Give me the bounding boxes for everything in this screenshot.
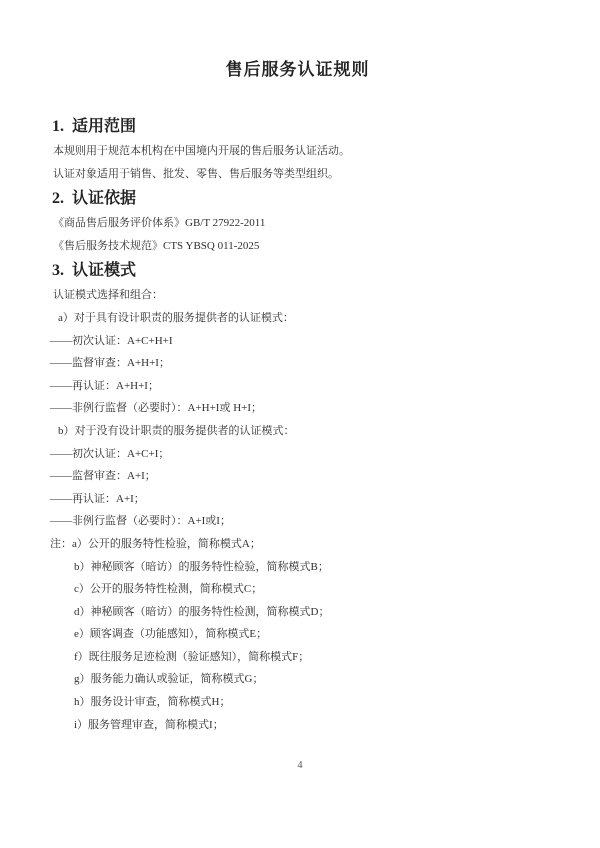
document-line: ——再认证：A+I； bbox=[50, 488, 545, 511]
document-line: c）公开的服务特性检测，简称模式C； bbox=[50, 578, 545, 601]
document-line: 1. 适用范围 bbox=[50, 114, 545, 140]
document-line: ——再认证：A+H+I； bbox=[50, 375, 545, 398]
document-line: e）顾客调查（功能感知），简称模式E； bbox=[50, 623, 545, 646]
document-line: ——监督审查：A+I； bbox=[50, 465, 545, 488]
document-title: 售后服务认证规则 bbox=[50, 58, 545, 82]
document-line: i）服务管理审查，简称模式I； bbox=[50, 714, 545, 737]
document-line: d）神秘顾客（暗访）的服务特性检测，简称模式D； bbox=[50, 601, 545, 624]
page-number: 4 bbox=[0, 760, 600, 771]
document-line: 认证对象适用于销售、批发、零售、售后服务等类型组织。 bbox=[50, 163, 545, 186]
document-line: b）对于没有设计职责的服务提供者的认证模式： bbox=[50, 420, 545, 443]
document-line: h）服务设计审查，简称模式H； bbox=[50, 691, 545, 714]
document-line: 注：a）公开的服务特性检验，简称模式A； bbox=[50, 533, 545, 556]
document-line: 《售后服务技术规范》CTS YBSQ 011-2025 bbox=[50, 235, 545, 258]
document-line: b）神秘顾客（暗访）的服务特性检验，简称模式B； bbox=[50, 556, 545, 579]
document-line: 本规则用于规范本机构在中国境内开展的售后服务认证活动。 bbox=[50, 140, 545, 163]
document-line: a）对于具有设计职责的服务提供者的认证模式： bbox=[50, 307, 545, 330]
document-line: 认证模式选择和组合： bbox=[50, 284, 545, 307]
document-page: 售后服务认证规则 1. 适用范围本规则用于规范本机构在中国境内开展的售后服务认证… bbox=[0, 0, 600, 848]
document-line: 3. 认证模式 bbox=[50, 258, 545, 284]
document-line: ——初次认证：A+C+H+I bbox=[50, 330, 545, 353]
document-line: 《商品售后服务评价体系》GB/T 27922-2011 bbox=[50, 212, 545, 235]
document-line: ——监督审查：A+H+I； bbox=[50, 352, 545, 375]
document-body: 1. 适用范围本规则用于规范本机构在中国境内开展的售后服务认证活动。认证对象适用… bbox=[50, 114, 545, 736]
document-line: ——非例行监督（必要时）：A+I或I； bbox=[50, 510, 545, 533]
document-line: g）服务能力确认或验证，简称模式G； bbox=[50, 668, 545, 691]
document-line: 2. 认证依据 bbox=[50, 186, 545, 212]
document-line: ——初次认证：A+C+I； bbox=[50, 443, 545, 466]
document-content: 售后服务认证规则 1. 适用范围本规则用于规范本机构在中国境内开展的售后服务认证… bbox=[0, 0, 600, 736]
document-line: f）既往服务足迹检测（验证感知），简称模式F； bbox=[50, 646, 545, 669]
document-line: ——非例行监督（必要时）：A+H+I或 H+I； bbox=[50, 397, 545, 420]
